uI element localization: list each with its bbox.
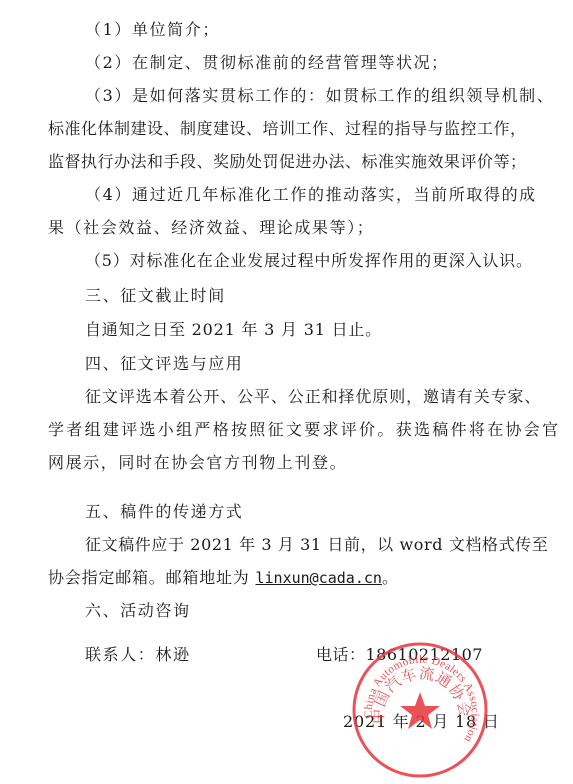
section5-body-2-suffix: 。 [382,568,399,587]
item-4: （4）通过近几年标准化工作的推动落实，当前所取得的成 [85,185,537,205]
document-date: 2021 年 2 月 18 日 [343,712,500,732]
item-3-cont-2: 监督执行办法和手段、奖励处罚促进办法、标准实施效果评价等； [48,152,527,172]
section4-heading: 四、征文评选与应用 [85,354,243,374]
item-5: （5）对标准化在企业发展过程中所发挥作用的更深入认识。 [85,251,533,271]
item-3: （3）是如何落实贯标工作的：如贯标工作的组织领导机制、 [85,86,554,106]
section4-body-3: 网展示，同时在协会官方刊物上刊登。 [48,453,347,473]
section4-body-1: 征文评选本着公开、公平、公正和择优原则，邀请有关专家、 [85,387,541,407]
section6-heading: 六、活动咨询 [85,601,191,621]
section5-body-1: 征文稿件应于 2021 年 3 月 31 日前，以 word 文档格式传至 [85,535,548,555]
section3-body: 自通知之日至 2021 年 3 月 31 日止。 [85,320,382,340]
item-1: （1）单位简介； [85,20,220,40]
section5-heading: 五、稿件的传递方式 [85,502,243,522]
item-4-cont: 果（社会效益、经济效益、理论成果等）； [48,218,374,238]
section5-body-2: 协会指定邮箱。邮箱地址为 linxun@cada.cn。 [48,568,399,588]
contact-phone: 电话：18610212107 [316,645,483,665]
item-2: （2）在制定、贯彻标准前的经营管理等状况； [85,53,449,73]
section3-heading: 三、征文截止时间 [85,286,226,306]
item-3-cont-1: 标准化体制建设、制度建设、培训工作、过程的指导与监控工作， [48,119,527,139]
contact-person: 联系人：林逊 [85,645,191,665]
email-link[interactable]: linxun@cada.cn [256,569,382,587]
section5-body-2-prefix: 协会指定邮箱。邮箱地址为 [48,568,256,587]
section4-body-2: 学者组建评选小组严格按照征文要求评价。获选稿件将在协会官 [48,420,560,440]
